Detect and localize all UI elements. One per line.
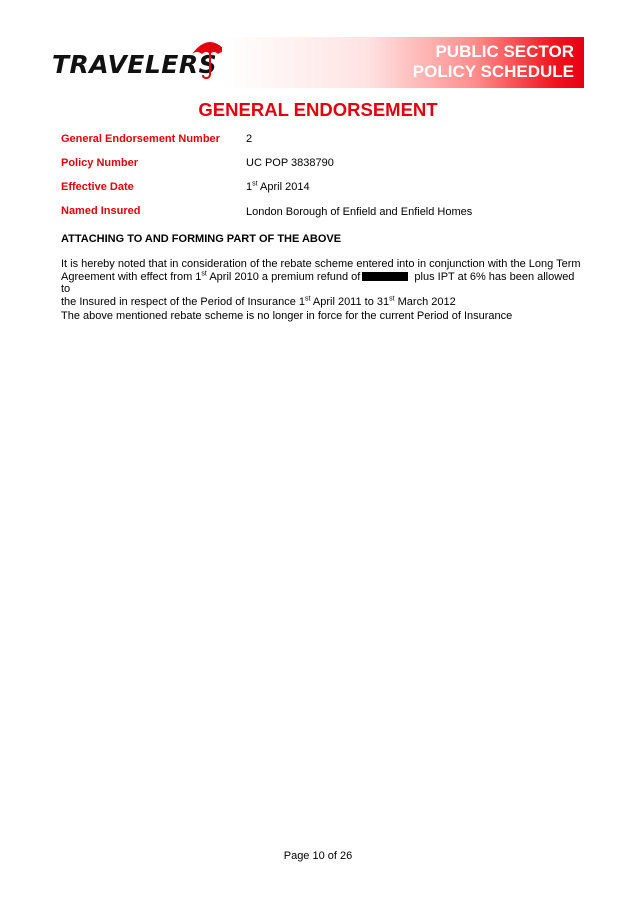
policy-number-value: UC POP 3838790 xyxy=(246,157,334,169)
scheme-status-paragraph: The above mentioned rebate scheme is no … xyxy=(61,310,581,323)
named-insured-label: Named Insured xyxy=(61,205,140,217)
travelers-logo: TRAVELERS xyxy=(52,36,232,86)
endorsement-number-label: General Endorsement Number xyxy=(61,133,220,145)
endorsement-number-value: 2 xyxy=(246,133,252,145)
banner-line-1: PUBLIC SECTOR xyxy=(413,42,574,62)
section-heading: ATTACHING TO AND FORMING PART OF THE ABO… xyxy=(61,233,341,245)
redacted-amount xyxy=(362,272,408,281)
page-number: Page 10 of 26 xyxy=(0,850,636,862)
banner-line-2: POLICY SCHEDULE xyxy=(413,62,574,82)
named-insured-value: London Borough of Enfield and Enfield Ho… xyxy=(246,206,472,218)
effective-date-value: 1st April 2014 xyxy=(246,181,310,193)
page-title: GENERAL ENDORSEMENT xyxy=(0,99,636,121)
header-banner: PUBLIC SECTOR POLICY SCHEDULE xyxy=(222,37,584,88)
policy-number-label: Policy Number xyxy=(61,157,138,169)
rebate-paragraph: It is hereby noted that in consideration… xyxy=(61,258,581,308)
effective-date-label: Effective Date xyxy=(61,181,134,193)
